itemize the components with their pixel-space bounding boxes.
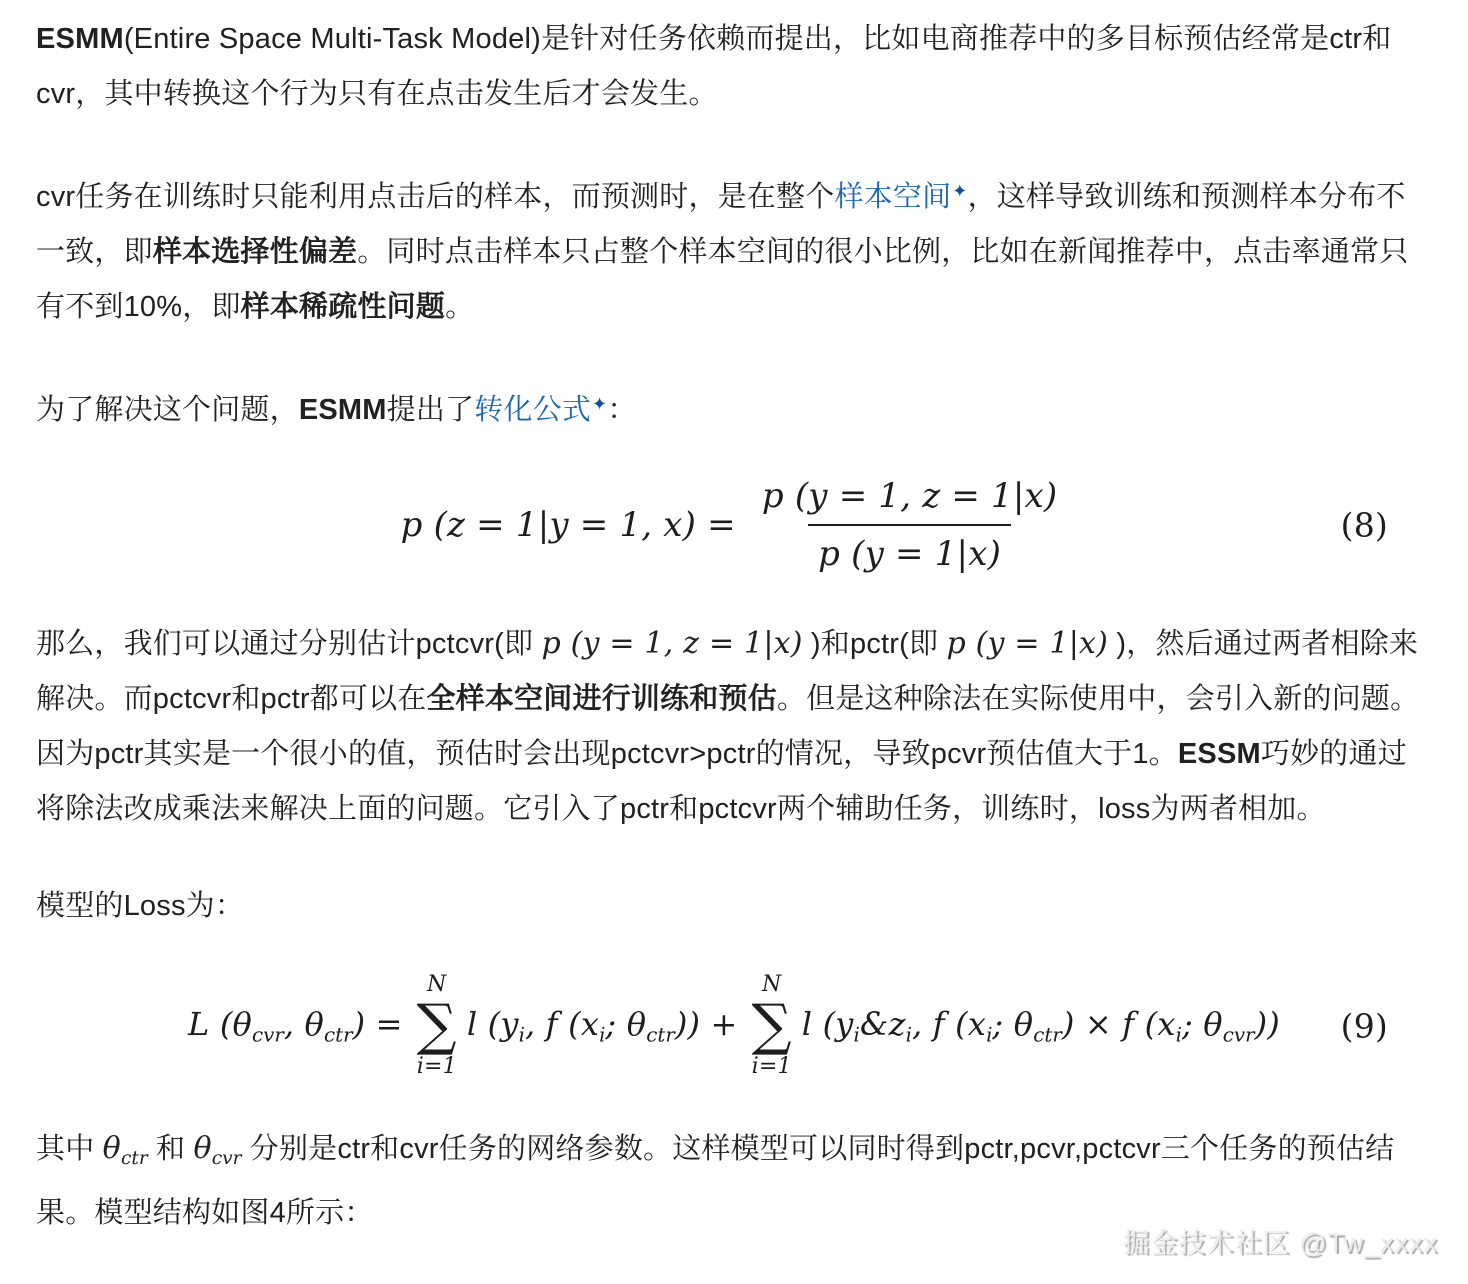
bold-sample-sparsity: 样本稀疏性问题	[241, 291, 445, 323]
bold-esmm: ESMM	[299, 394, 387, 426]
paragraph-text: 为了解决这个问题，	[36, 394, 299, 426]
paragraph-text: 和	[148, 1133, 194, 1165]
inline-math-pctr: p (y = 1|x)	[946, 626, 1108, 661]
inline-math-pctcvr: p (y = 1, z = 1|x)	[541, 626, 802, 661]
formula-8-numerator: p (y = 1, z = 1|x)	[752, 475, 1068, 525]
formula-8-lhs: p (z = 1|y = 1, x) =	[401, 505, 736, 546]
link-sample-space[interactable]: 样本空间	[834, 181, 951, 213]
bold-full-sample-space: 全样本空间进行训练和预估	[427, 683, 777, 715]
formula-8: p (z = 1|y = 1, x) = p (y = 1, z = 1|x) …	[36, 470, 1432, 580]
equation-number-9: (9)	[1341, 999, 1388, 1054]
paragraph-text: 模型的Loss为：	[36, 890, 244, 922]
formula-8-fraction: p (y = 1, z = 1|x) p (y = 1|x)	[752, 475, 1068, 576]
formula-9-lhs: L (θcvr, θctr) =	[188, 1005, 403, 1047]
paragraph-text: 。	[445, 291, 474, 323]
article-content: ESMM(Entire Space Multi-Task Model)是针对任务…	[0, 0, 1468, 1241]
summation-2: N ∑ i=1	[752, 973, 792, 1079]
paragraph-model-loss-label: 模型的Loss为：	[36, 879, 1432, 934]
sum-lower-limit: i=1	[752, 1055, 792, 1079]
link-conversion-formula[interactable]: 转化公式	[474, 394, 591, 426]
formula-9: L (θcvr, θctr) = N ∑ i=1 l (yi, f (xi; θ…	[36, 961, 1432, 1091]
sparkle-icon[interactable]: ✦	[592, 394, 607, 414]
paragraph-text: ：	[607, 394, 636, 426]
formula-8-denominator: p (y = 1|x)	[808, 524, 1011, 576]
sparkle-icon[interactable]: ✦	[952, 181, 967, 201]
paragraph-text: 提出了	[387, 394, 475, 426]
paragraph-pctcvr-pctr: 那么，我们可以通过分别估计pctcvr(即 p (y = 1, z = 1|x)…	[36, 616, 1432, 837]
watermark: 掘金技术社区 @Tw_xxxx	[1123, 1221, 1438, 1260]
paragraph-solution-intro: 为了解决这个问题，ESMM提出了转化公式✦：	[36, 377, 1432, 438]
paragraph-text: cvr任务在训练时只能利用点击后的样本，而预测时，是在整个	[36, 181, 834, 213]
paragraph-text: 其中	[36, 1133, 103, 1165]
formula-9-term-2: l (yi&zi, f (xi; θctr) × f (xi; θcvr))	[802, 1005, 1280, 1047]
equation-number-8: (8)	[1341, 498, 1388, 553]
paragraph-text: (Entire Space Multi-Task Model)是针对任务依赖而提…	[36, 23, 1391, 110]
paragraph-cvr-bias: cvr任务在训练时只能利用点击后的样本，而预测时，是在整个样本空间✦，这样导致训…	[36, 164, 1432, 335]
inline-math-theta-ctr: θctr	[103, 1131, 148, 1166]
sigma-icon: ∑	[417, 999, 457, 1052]
paragraph-text: 那么，我们可以通过分别估计pctcvr(即	[36, 628, 541, 660]
sum-lower-limit: i=1	[417, 1055, 457, 1079]
bold-sample-selection-bias: 样本选择性偏差	[153, 236, 357, 268]
bold-essm: ESSM	[1178, 738, 1261, 770]
bold-esmm: ESMM	[36, 23, 124, 55]
sigma-icon: ∑	[752, 999, 792, 1052]
paragraph-esmm-intro: ESMM(Entire Space Multi-Task Model)是针对任务…	[36, 12, 1432, 122]
formula-9-term-1: l (yi, f (xi; θctr)) +	[467, 1005, 738, 1047]
inline-math-theta-cvr: θcvr	[193, 1131, 241, 1166]
summation-1: N ∑ i=1	[417, 973, 457, 1079]
paragraph-text: )和pctr(即	[803, 628, 947, 660]
